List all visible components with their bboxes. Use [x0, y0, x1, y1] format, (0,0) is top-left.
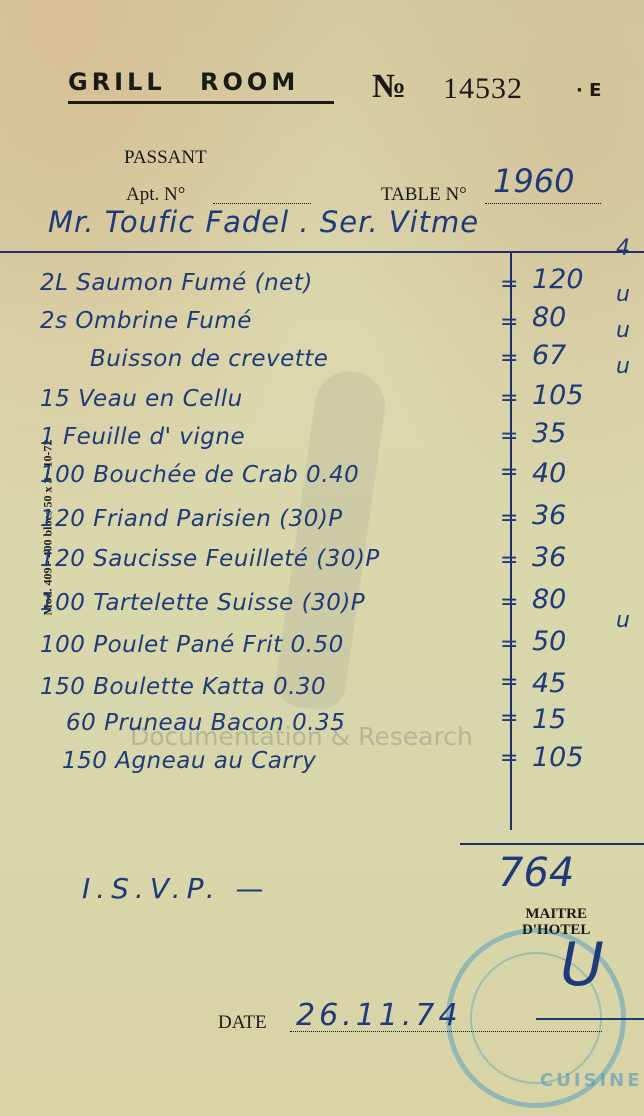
line-item-mark: u	[616, 608, 630, 633]
apt-field	[213, 203, 311, 204]
header-divider	[0, 251, 644, 253]
line-item-amount: 80	[532, 584, 566, 615]
maitre-label-line1: MAITRE	[522, 906, 590, 922]
passant-label: PASSANT	[124, 147, 207, 169]
line-item-amount: 15	[532, 704, 566, 735]
line-item-equals: =	[500, 590, 518, 615]
line-item-equals: =	[500, 386, 518, 411]
line-item-equals: =	[500, 548, 518, 573]
signature-underline	[536, 1018, 644, 1020]
line-item-amount: 105	[532, 742, 584, 773]
apt-label: Apt. N°	[126, 184, 185, 206]
line-item-amount: 40	[532, 458, 566, 489]
line-item-amount: 80	[532, 302, 566, 333]
line-item-description: 120 Friand Parisien (30)P	[40, 506, 343, 532]
total-amount: 764	[498, 850, 574, 896]
line-item-mark: u	[616, 282, 630, 307]
footnote-isvp: I.S.V.P. —	[82, 872, 270, 905]
line-item-description: 2L Saumon Fumé (net)	[40, 270, 313, 296]
line-item-equals: =	[500, 670, 518, 695]
table-number-value: 1960	[493, 162, 574, 200]
line-item-description: 100 Poulet Pané Frit 0.50	[40, 632, 344, 658]
line-item-description: 100 Bouchée de Crab 0.40	[40, 462, 359, 488]
signature: U	[560, 930, 604, 1000]
line-item-description: 1 Feuille d' vigne	[40, 424, 245, 450]
line-item-equals: =	[500, 272, 518, 297]
line-item-equals: =	[500, 746, 518, 771]
line-item-mark: u	[616, 318, 630, 343]
receipt-title: GRILL ROOM	[68, 68, 299, 96]
line-item-description: 2s Ombrine Fumé	[40, 308, 252, 334]
line-item-description: 150 Boulette Katta 0.30	[40, 674, 326, 700]
line-item-description: Buisson de crevette	[90, 346, 328, 372]
table-label: TABLE N°	[381, 184, 467, 206]
line-item-amount: 50	[532, 626, 566, 657]
total-divider	[460, 843, 644, 845]
line-item-amount: 120	[532, 264, 584, 295]
line-item-amount: 45	[532, 668, 566, 699]
line-item-equals: =	[500, 310, 518, 335]
watermark-logo	[273, 367, 390, 713]
line-item-description: 60 Pruneau Bacon 0.35	[66, 710, 345, 736]
serial-number: 14532	[443, 72, 523, 106]
line-item-equals: =	[500, 346, 518, 371]
line-item-mark: u	[616, 354, 630, 379]
amount-column-divider	[510, 253, 512, 830]
line-item-equals: =	[500, 632, 518, 657]
line-item-amount: 35	[532, 418, 566, 449]
line-item-amount: 105	[532, 380, 584, 411]
line-item-equals: =	[500, 706, 518, 731]
top-right-mark: 4	[616, 236, 630, 261]
title-underline	[68, 101, 334, 104]
line-item-description: 15 Veau en Cellu	[40, 386, 243, 412]
line-item-equals: =	[500, 506, 518, 531]
guest-name-line: Mr. Toufic Fadel . Ser. Vitme	[48, 205, 479, 239]
series-letter: · E	[576, 80, 601, 101]
line-item-amount: 67	[532, 340, 566, 371]
date-label: DATE	[218, 1012, 267, 1034]
line-item-description: 100 Tartelette Suisse (30)P	[40, 590, 365, 616]
line-item-equals: =	[500, 460, 518, 485]
line-item-equals: =	[500, 424, 518, 449]
line-item-description: 150 Agneau au Carry	[62, 748, 316, 774]
date-value: 26.11.74	[296, 998, 462, 1033]
line-item-amount: 36	[532, 500, 566, 531]
numero-sign-icon: №	[372, 68, 406, 106]
line-item-description: 120 Saucisse Feuilleté (30)P	[40, 546, 380, 572]
table-field-line	[485, 203, 601, 204]
line-item-amount: 36	[532, 542, 566, 573]
stamp-text: CUISINE	[540, 1070, 643, 1091]
